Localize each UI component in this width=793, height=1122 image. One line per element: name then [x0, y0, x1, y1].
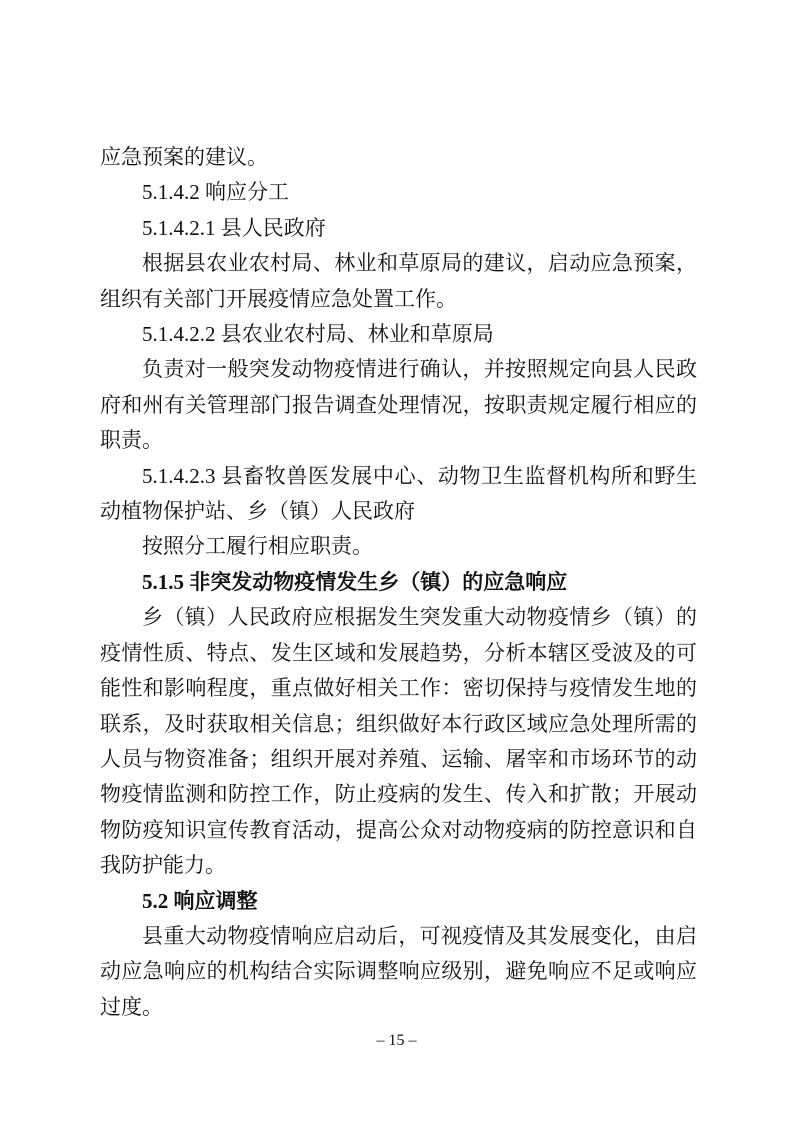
paragraph: 根据县农业农村局、林业和草原局的建议，启动应急预案，组织有关部门开展疫情应急处置…	[100, 246, 697, 317]
paragraph: 5.1.4.2.1 县人民政府	[100, 211, 697, 246]
paragraph: 5.1.4.2.3 县畜牧兽医发展中心、动物卫生监督机构所和野生动植物保护站、乡…	[100, 459, 697, 530]
section-heading: 5.2 响应调整	[100, 884, 697, 919]
paragraph: 按照分工履行相应职责。	[100, 529, 697, 564]
document-body: 应急预案的建议。5.1.4.2 响应分工5.1.4.2.1 县人民政府根据县农业…	[100, 140, 697, 1025]
paragraph: 乡（镇）人民政府应根据发生突发重大动物疫情乡（镇）的疫情性质、特点、发生区域和发…	[100, 600, 697, 883]
section-heading: 5.1.5 非突发动物疫情发生乡（镇）的应急响应	[100, 565, 697, 600]
paragraph: 应急预案的建议。	[100, 140, 697, 175]
paragraph: 县重大动物疫情响应启动后，可视疫情及其发展变化，由启动应急响应的机构结合实际调整…	[100, 919, 697, 1025]
document-page: 应急预案的建议。5.1.4.2 响应分工5.1.4.2.1 县人民政府根据县农业…	[0, 0, 793, 1122]
paragraph: 负责对一般突发动物疫情进行确认，并按照规定向县人民政府和州有关管理部门报告调查处…	[100, 352, 697, 458]
paragraph: 5.1.4.2 响应分工	[100, 175, 697, 210]
page-footer: – 15 –	[0, 1031, 793, 1051]
paragraph: 5.1.4.2.2 县农业农村局、林业和草原局	[100, 317, 697, 352]
page-number: – 15 –	[377, 1032, 417, 1049]
